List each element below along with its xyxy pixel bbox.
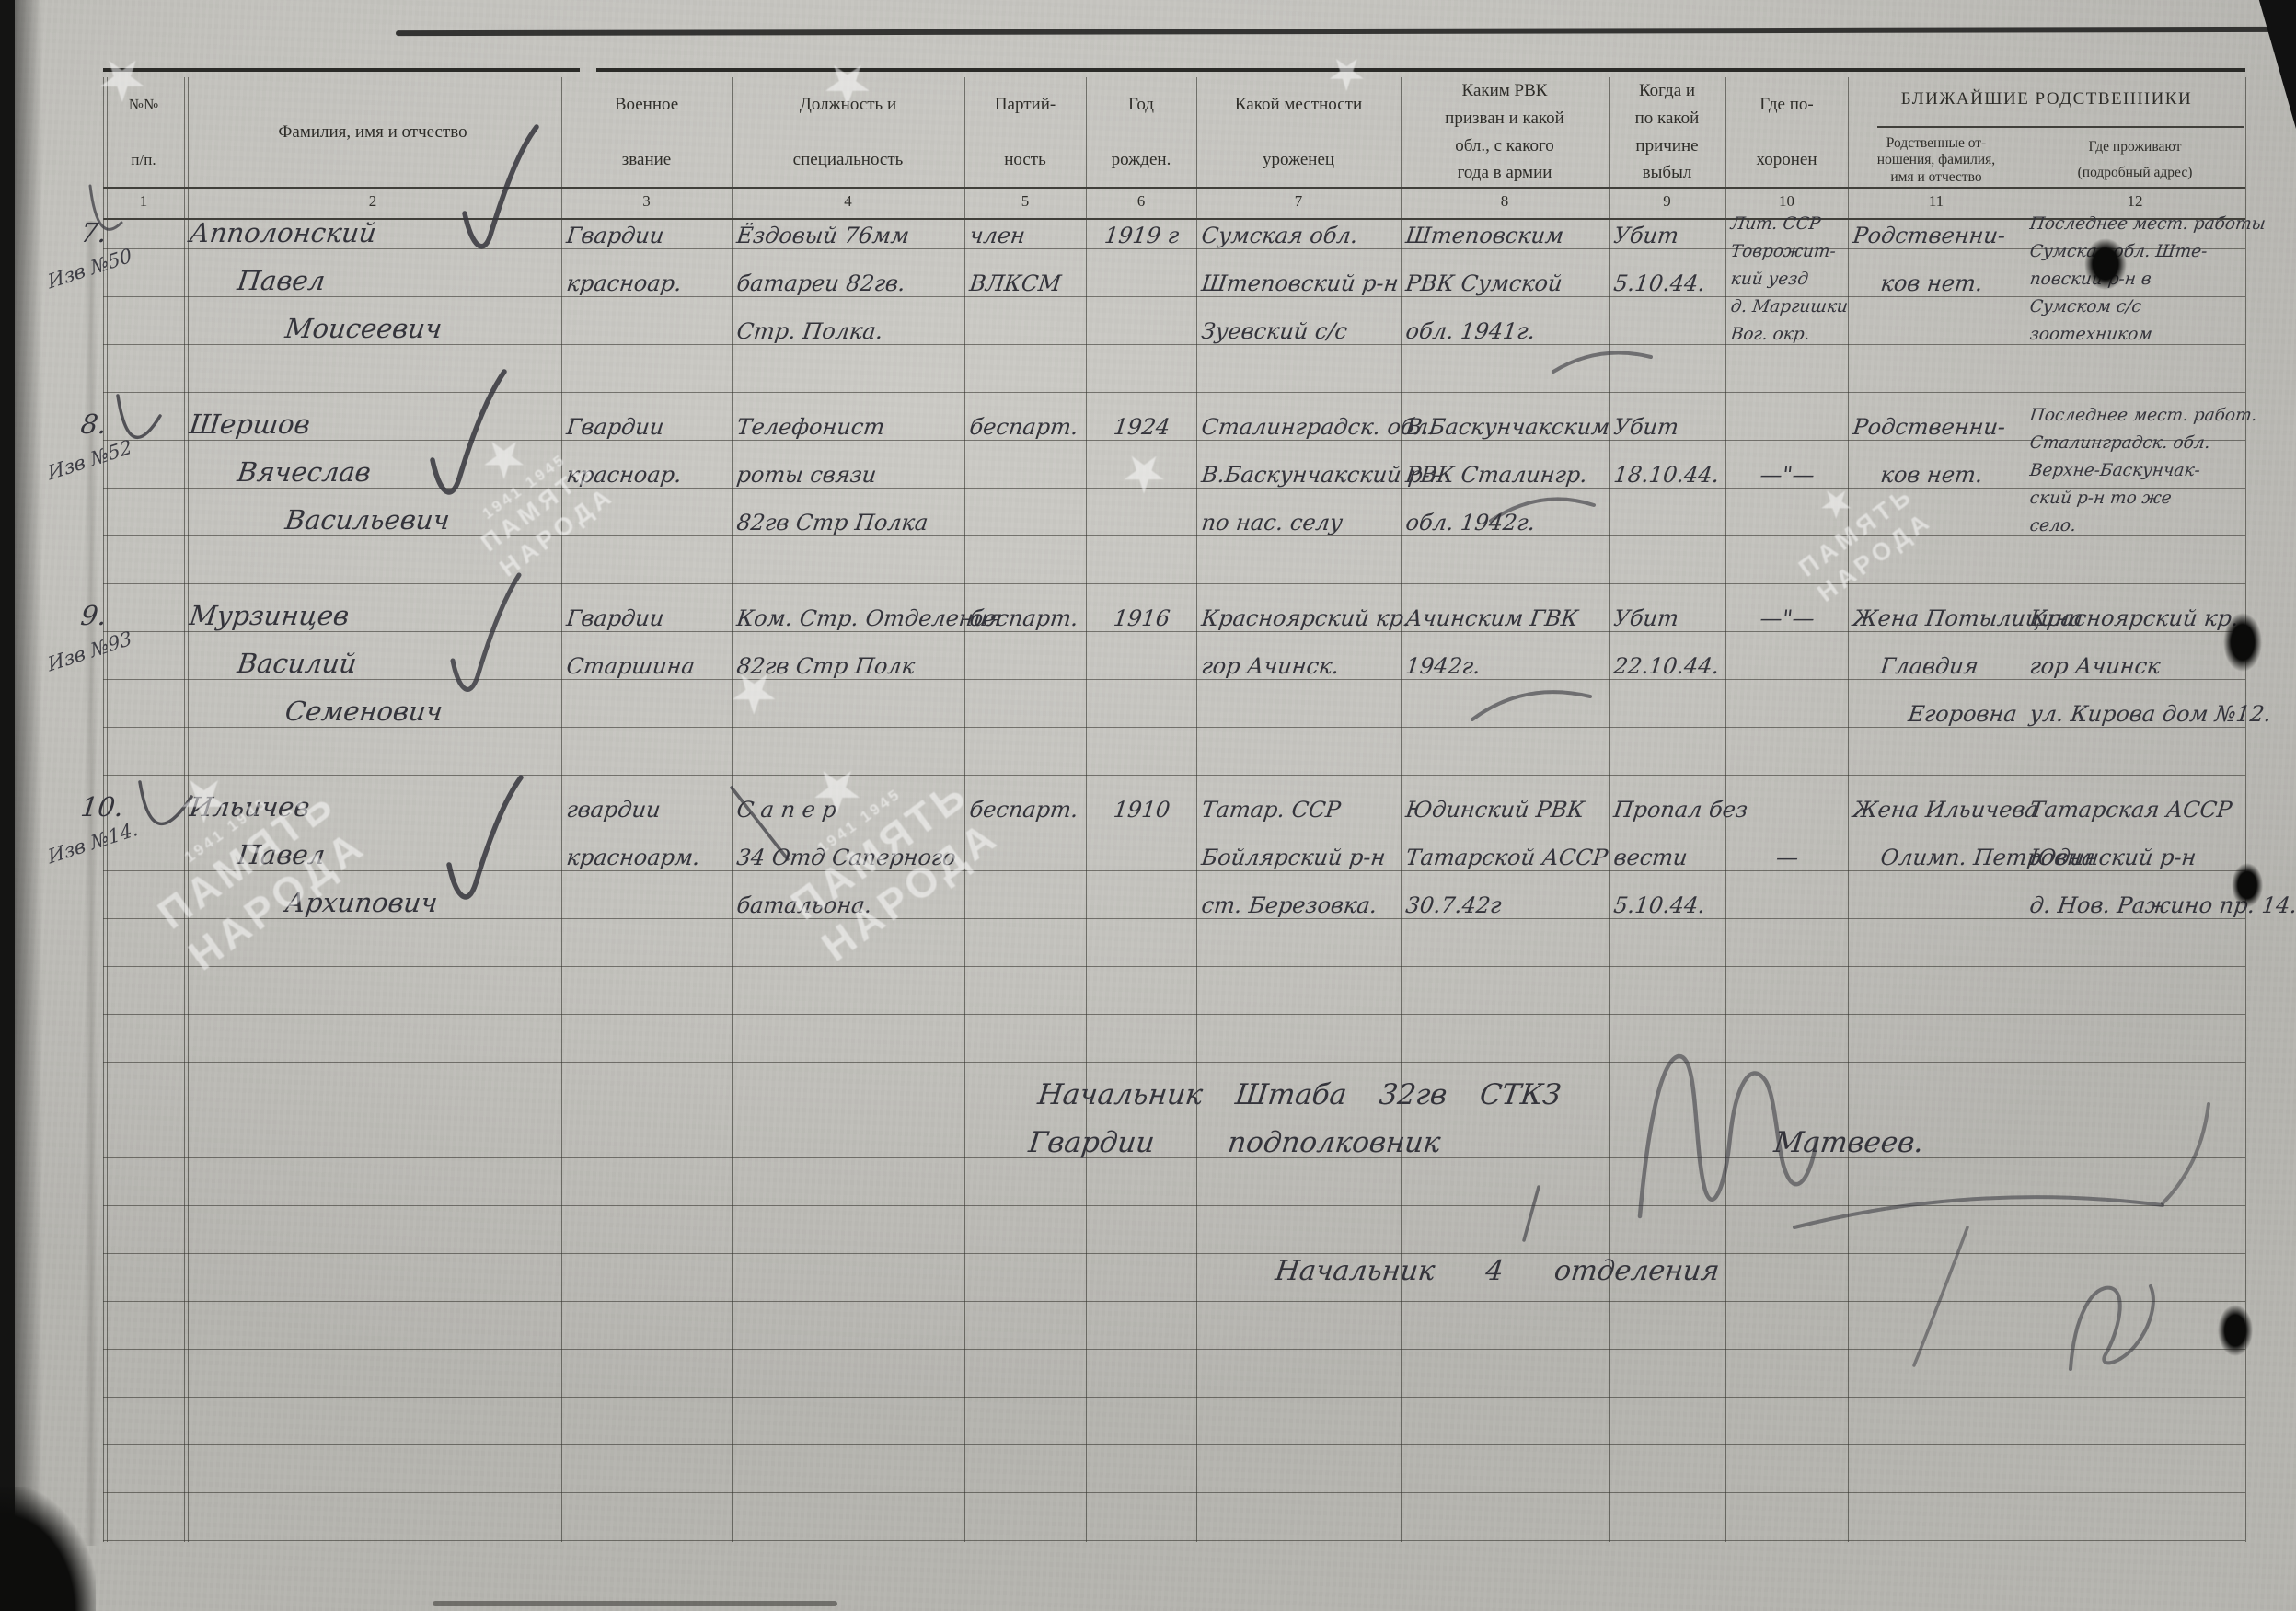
checkmark-annotation (453, 575, 519, 689)
paper-hole (2223, 613, 2262, 672)
scan-bottom-left-corner (0, 1487, 96, 1611)
scan-bottom-edge-mark (433, 1601, 837, 1606)
pencil-arc (1553, 353, 1651, 372)
pencil-slash (1524, 1187, 1539, 1240)
pencil-slash (732, 788, 788, 859)
signature-scribble (2071, 1286, 2153, 1369)
checkmark-annotation (449, 777, 521, 897)
scan-left-edge-shadow (15, 0, 42, 1611)
pencil-tail (118, 396, 160, 437)
paper-hole (2218, 1305, 2253, 1356)
ink-blot (2084, 238, 2127, 290)
pencil-arc (1472, 692, 1590, 719)
signature-scribble (1794, 1197, 2163, 1227)
pencil-arc (1491, 499, 1594, 521)
checkmark-annotation (433, 372, 504, 492)
scanned-casualty-list-document: Начальник Штаба 32гв СТКЗ Гвардии подпол… (0, 0, 2296, 1611)
pencil-tail (90, 186, 121, 229)
pencil-tail (140, 782, 191, 823)
signature-scribble (1640, 1056, 1817, 1216)
signature-scribble (2163, 1104, 2209, 1203)
handwritten-marks-overlay (0, 0, 2296, 1611)
pencil-slash (1914, 1227, 1967, 1365)
checkmark-annotation (465, 127, 537, 247)
paper-hole (2232, 863, 2263, 907)
scan-left-edge (0, 0, 15, 1611)
